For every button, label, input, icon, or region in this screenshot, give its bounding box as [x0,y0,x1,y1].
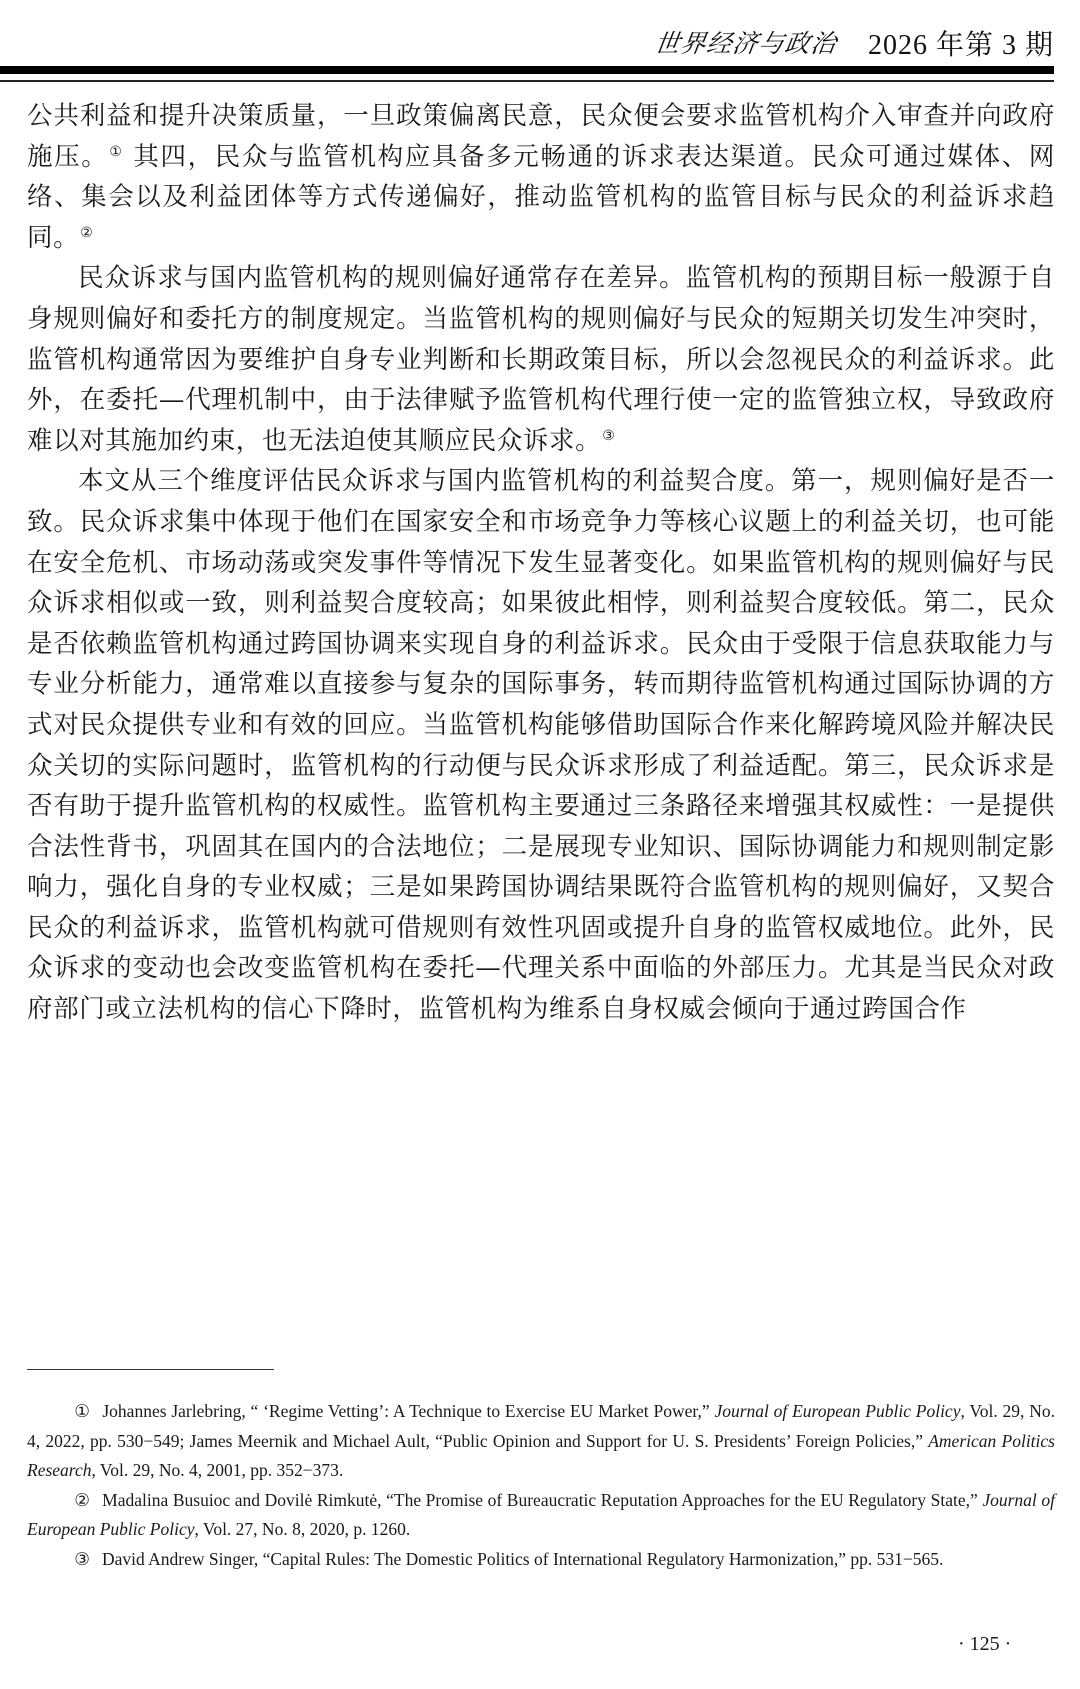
footnote: ②Madalina Busuioc and Dovilė Rimkutė, “T… [27,1486,1055,1545]
citation-text: Johannes Jarlebring, “ ‘Regime Vetting’:… [102,1401,714,1421]
footnotes: ①Johannes Jarlebring, “ ‘Regime Vetting’… [27,1397,1055,1574]
footnote-number: ① [74,1401,90,1421]
paragraph: 民众诉求与国内监管机构的规则偏好通常存在差异。监管机构的预期目标一般源于自身规则… [27,258,1055,461]
footnote-marker[interactable]: ② [80,225,93,241]
paragraph-text: 本文从三个维度评估民众诉求与国内监管机构的利益契合度。第一，规则偏好是否一致。民… [27,466,1055,1024]
header-rule-thick [0,66,1054,74]
footnote-number: ② [74,1490,90,1510]
paragraph-text: 民众诉求与国内监管机构的规则偏好通常存在差异。监管机构的预期目标一般源于自身规则… [27,263,1055,455]
issue-label: 2026 年第 3 期 [868,23,1054,63]
running-header: 世界经济与政治 2026 年第 3 期 [0,0,1080,90]
footnote: ①Johannes Jarlebring, “ ‘Regime Vetting’… [27,1397,1055,1486]
paragraph-text: 其四，民众与监管机构应具备多元畅通的诉求表达渠道。民众可通过媒体、网络、集会以及… [27,142,1055,253]
paragraph: 公共利益和提升决策质量，一旦政策偏离民意，民众便会要求监管机构介入审查并向政府施… [27,96,1055,258]
footnote: ③David Andrew Singer, “Capital Rules: Th… [27,1545,1055,1575]
footnote-number: ③ [74,1549,90,1569]
citation-text: Madalina Busuioc and Dovilė Rimkutė, “Th… [102,1490,982,1510]
citation-text: , Vol. 27, No. 8, 2020, p. 1260. [195,1519,411,1539]
citation-text: , Vol. 29, No. 4, 2001, pp. 352−373. [91,1460,343,1480]
header-rule-thin [0,80,1054,82]
citation-text: David Andrew Singer, “Capital Rules: The… [102,1549,943,1569]
footnote-marker[interactable]: ① [109,144,123,160]
footnote-marker[interactable]: ③ [602,428,615,444]
paragraph: 本文从三个维度评估民众诉求与国内监管机构的利益契合度。第一，规则偏好是否一致。民… [27,461,1055,1029]
body-text: 公共利益和提升决策质量，一旦政策偏离民意，民众便会要求监管机构介入审查并向政府施… [27,96,1055,1030]
journal-name: 世界经济与政治 [652,24,839,60]
citation-journal-title: Journal of European Public Policy [714,1401,960,1421]
footnote-separator [27,1369,274,1370]
page-number: · 125 · [958,1633,1011,1656]
